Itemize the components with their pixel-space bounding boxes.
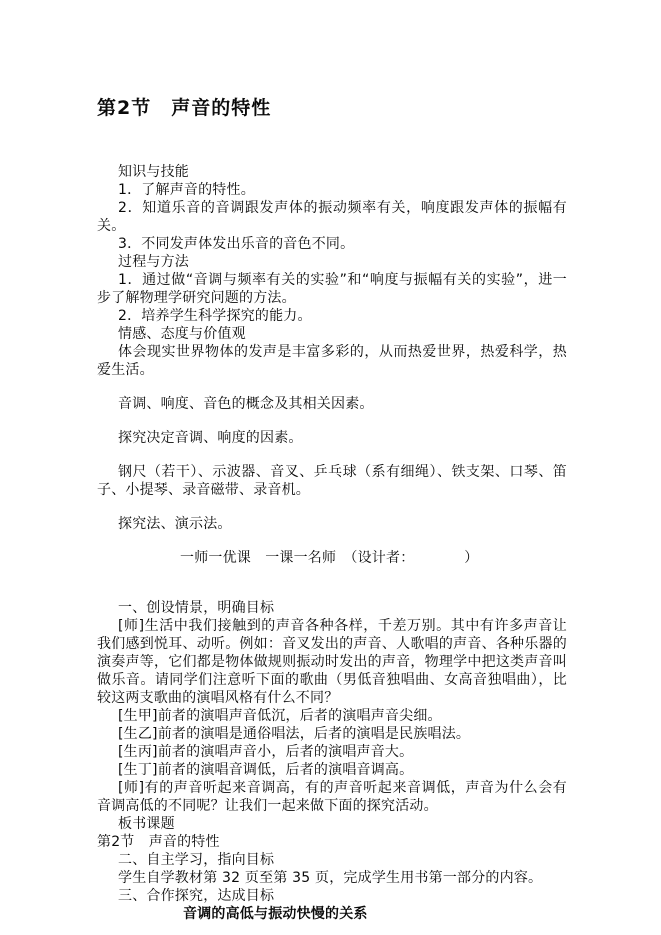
student-d-line: [生丁]前者的演唱音调低，后者的演唱音调高。 <box>97 761 567 779</box>
teacher-intro-paragraph: [师]生活中我们接触到的声音各种各样，千差万别。其中有许多声音让我们感到悦耳、动… <box>97 617 567 707</box>
banner-line: 一师一优课 一课一名师 （设计者： ） <box>97 549 567 567</box>
emotion-values-label: 情感、态度与价值观 <box>97 325 567 343</box>
teacher-followup-paragraph: [师]有的声音听起来音调高，有的声音听起来音调低，声音为什么会有音调高低的不同呢… <box>97 779 567 815</box>
student-c-line: [生丙]前者的演唱声音小，后者的演唱声音大。 <box>97 743 567 761</box>
difficult-point-text: 探究决定音调、响度的因素。 <box>97 429 567 447</box>
document-page: 第2节 声音的特性 知识与技能 1．了解声音的特性。 2．知道乐音的音调跟发声体… <box>97 95 567 923</box>
section1-heading: 一、创设情景，明确目标 <box>97 599 567 617</box>
document-title: 第2节 声音的特性 <box>97 95 567 121</box>
knowledge-item: 2．知道乐音的音调跟发声体的振动频率有关，响度跟发声体的振幅有关。 <box>97 199 567 235</box>
teaching-methods-text: 探究法、演示法。 <box>97 515 567 533</box>
equipment-text: 钢尺（若干）、示波器、音叉、乒乓球（系有细绳）、铁支架、口琴、笛子、小提琴、录音… <box>97 463 567 499</box>
process-item: 1．通过做“音调与频率有关的实验”和“响度与振幅有关的实验”，进一步了解物理学研… <box>97 271 567 307</box>
student-b-line: [生乙]前者的演唱是通俗唱法，后者的演唱是民族唱法。 <box>97 725 567 743</box>
process-item: 2．培养学生科学探究的能力。 <box>97 307 567 325</box>
student-a-line: [生甲]前者的演唱声音低沉，后者的演唱声音尖细。 <box>97 707 567 725</box>
board-title: 第2节 声音的特性 <box>97 833 567 851</box>
knowledge-item: 1．了解声音的特性。 <box>97 181 567 199</box>
key-point-text: 音调、响度、音色的概念及其相关因素。 <box>97 395 567 413</box>
knowledge-item: 3．不同发声体发出乐音的音色不同。 <box>97 235 567 253</box>
emotion-values-text: 体会现实世界物体的发声是丰富多彩的，从而热爱世界，热爱科学，热爱生活。 <box>97 343 567 379</box>
self-study-text: 学生自学教材第 32 页至第 35 页，完成学生用书第一部分的内容。 <box>97 869 567 887</box>
section3-heading: 三、合作探究，达成目标 <box>97 887 567 905</box>
process-methods-label: 过程与方法 <box>97 253 567 271</box>
section2-heading: 二、自主学习，指向目标 <box>97 851 567 869</box>
knowledge-skills-label: 知识与技能 <box>97 163 567 181</box>
activity-title: 音调的高低与振动快慢的关系 <box>97 905 567 923</box>
board-label: 板书课题 <box>97 815 567 833</box>
